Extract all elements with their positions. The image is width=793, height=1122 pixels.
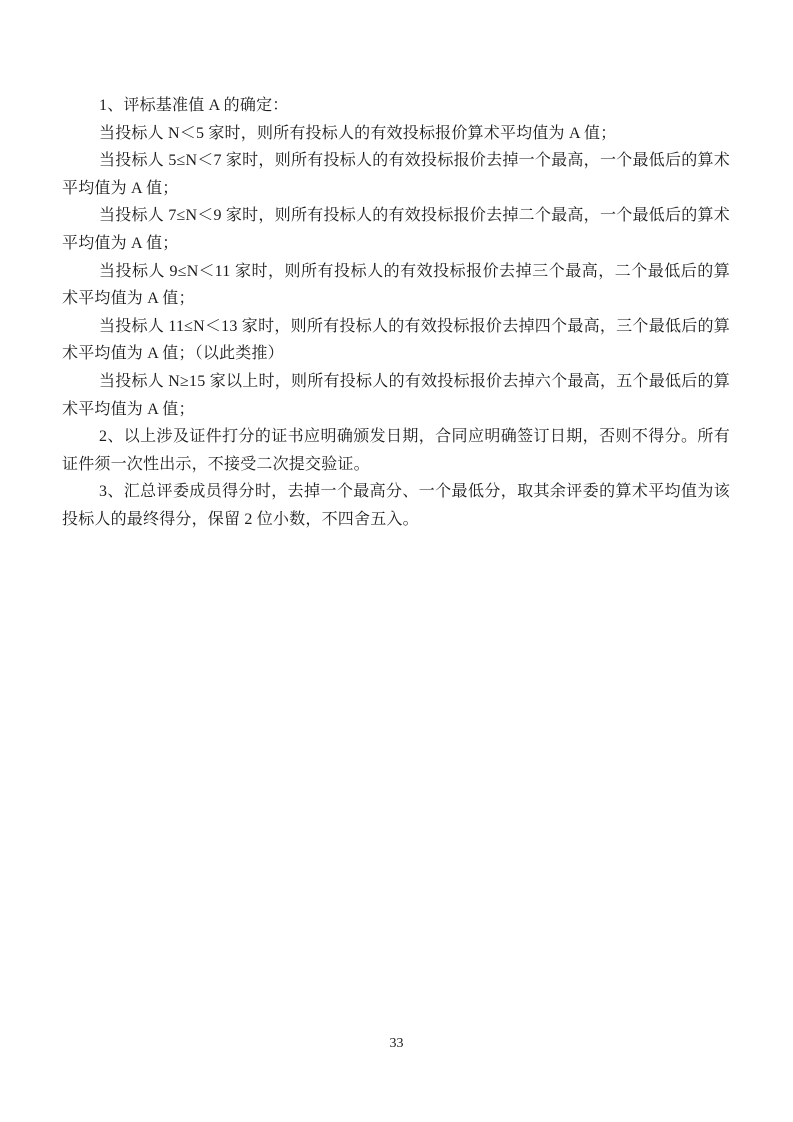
- page-number: 33: [0, 1036, 793, 1052]
- paragraph-rule-n-ge-15: 当投标人 N≥15 家以上时，则所有投标人的有效投标报价去掉六个最高，五个最低后…: [62, 368, 730, 423]
- paragraph-rule-n-lt-5: 当投标人 N＜5 家时，则所有投标人的有效投标报价算术平均值为 A 值；: [62, 120, 730, 148]
- paragraph-rule-7-to-9: 当投标人 7≤N＜9 家时，则所有投标人的有效投标报价去掉二个最高，一个最低后的…: [62, 202, 730, 257]
- document-body: 1、评标基准值 A 的确定： 当投标人 N＜5 家时，则所有投标人的有效投标报价…: [62, 92, 730, 534]
- paragraph-rule-11-to-13: 当投标人 11≤N＜13 家时，则所有投标人的有效投标报价去掉四个最高，三个最低…: [62, 313, 730, 368]
- paragraph-benchmark-heading: 1、评标基准值 A 的确定：: [62, 92, 730, 120]
- document-page: 1、评标基准值 A 的确定： 当投标人 N＜5 家时，则所有投标人的有效投标报价…: [0, 0, 793, 1122]
- paragraph-rule-5-to-7: 当投标人 5≤N＜7 家时，则所有投标人的有效投标报价去掉一个最高，一个最低后的…: [62, 147, 730, 202]
- paragraph-rule-9-to-11: 当投标人 9≤N＜11 家时，则所有投标人的有效投标报价去掉三个最高，二个最低后…: [62, 258, 730, 313]
- paragraph-certificate-rule: 2、以上涉及证件打分的证书应明确颁发日期，合同应明确签订日期，否则不得分。所有证…: [62, 423, 730, 478]
- paragraph-scoring-rule: 3、汇总评委成员得分时，去掉一个最高分、一个最低分，取其余评委的算术平均值为该投…: [62, 478, 730, 533]
